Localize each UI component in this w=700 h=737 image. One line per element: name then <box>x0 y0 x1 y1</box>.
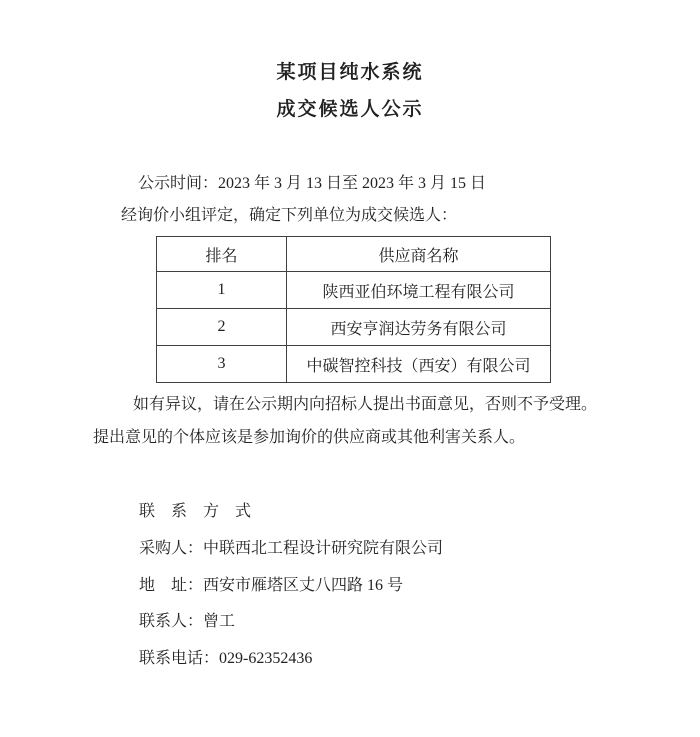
supplier-cell: 西安亨润达劳务有限公司 <box>287 309 551 346</box>
rank-column-header: 排名 <box>157 237 287 272</box>
candidates-table: 排名 供应商名称 1 陕西亚伯环境工程有限公司 2 西安亨润达劳务有限公司 3 … <box>156 236 551 383</box>
supplier-column-header: 供应商名称 <box>287 237 551 272</box>
objection-note-line2: 提出意见的个体应该是参加询价的供应商或其他利害关系人。 <box>93 428 525 447</box>
objection-note-line1: 如有异议，请在公示期内向招标人提出书面意见，否则不予受理。 <box>133 395 597 414</box>
table-row: 2 西安亨润达劳务有限公司 <box>157 309 551 346</box>
document-title-line2: 成交候选人公示 <box>0 100 700 120</box>
address-text: 地 址：西安市雁塔区丈八四路 16 号 <box>139 576 403 595</box>
rank-cell: 3 <box>157 346 287 383</box>
contact-section-title: 联 系 方 式 <box>139 502 257 521</box>
announcement-document: 某项目纯水系统 成交候选人公示 公示时间：2023 年 3 月 13 日至 20… <box>0 0 700 737</box>
document-title-line1: 某项目纯水系统 <box>0 63 700 83</box>
rank-cell: 1 <box>157 272 287 309</box>
publicity-period-text: 公示时间：2023 年 3 月 13 日至 2023 年 3 月 15 日 <box>138 174 486 193</box>
table-header-row: 排名 供应商名称 <box>157 237 551 272</box>
evaluation-note-text: 经询价小组评定，确定下列单位为成交候选人： <box>121 206 457 225</box>
supplier-cell: 陕西亚伯环境工程有限公司 <box>287 272 551 309</box>
supplier-cell: 中碳智控科技（西安）有限公司 <box>287 346 551 383</box>
rank-cell: 2 <box>157 309 287 346</box>
contact-person-text: 联系人：曾工 <box>139 612 235 631</box>
phone-text: 联系电话：029-62352436 <box>139 649 312 668</box>
table-row: 3 中碳智控科技（西安）有限公司 <box>157 346 551 383</box>
table-row: 1 陕西亚伯环境工程有限公司 <box>157 272 551 309</box>
purchaser-text: 采购人：中联西北工程设计研究院有限公司 <box>139 539 443 558</box>
